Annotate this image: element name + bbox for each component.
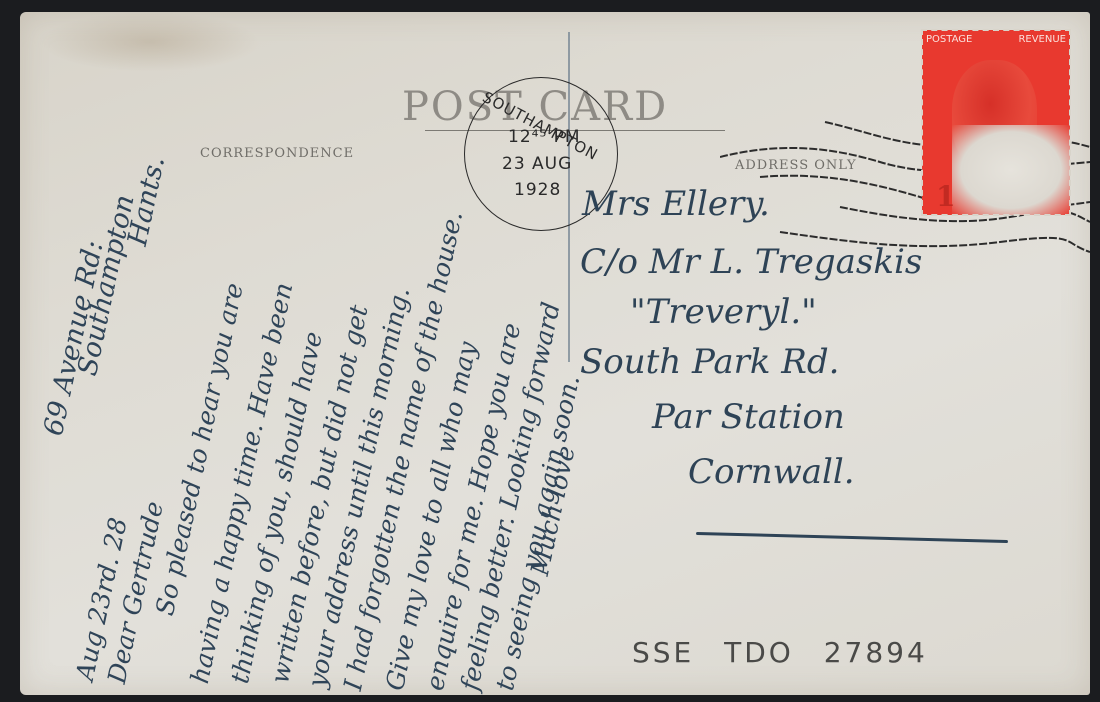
stamp-revenue-label: REVENUE [1018,34,1066,45]
stamp-value: 1 [936,180,955,213]
stamp-damage [952,125,1070,215]
postmark-time: 12⁴⁵ PM [508,127,581,147]
correspondence-label: CORRESPONDENCE [200,146,354,161]
age-stain [40,12,260,72]
stamp-postage-label: POSTAGE [926,34,972,45]
recipient-street: South Park Rd. [580,342,839,382]
pencil-reference-note: SSE TDO 27894 [632,636,928,669]
postcard-back: POST CARD CORRESPONDENCE ADDRESS ONLY SO… [20,12,1090,695]
recipient-name: Mrs Ellery. [582,184,770,224]
recipient-town: Par Station [652,397,845,437]
recipient-county: Cornwall. [688,452,855,492]
postmark-date: 23 AUG [502,154,572,174]
recipient-care-of: C/o Mr L. Tregaskis [580,242,922,282]
postage-stamp: POSTAGE REVENUE 1 [922,30,1070,215]
postmark-year: 1928 [514,180,561,200]
recipient-house: "Treveryl." [630,292,817,332]
address-underline [696,532,1008,543]
